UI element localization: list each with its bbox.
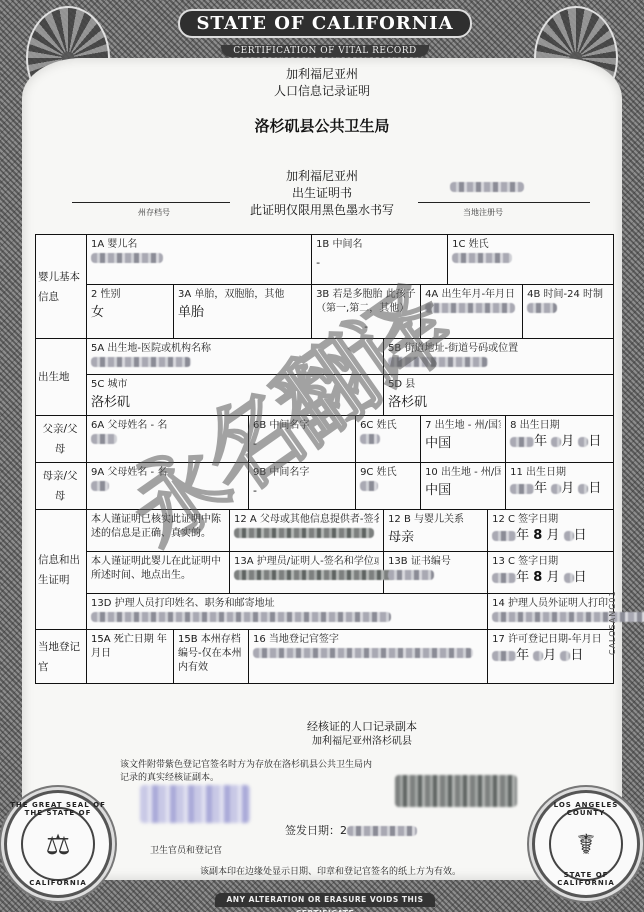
field-16: 16 当地登记官签字 [249, 630, 488, 684]
redacted-value [91, 481, 109, 491]
field-15a: 15A 死亡日期 年月日 [87, 630, 174, 684]
redacted-value [91, 253, 163, 263]
section-mother: 母亲/父母 [36, 463, 87, 510]
issue-date: 签发日期：2 [285, 822, 417, 838]
registrar-signature-redacted [140, 785, 250, 823]
redacted-value [527, 303, 557, 313]
certificate-state: 加利福尼亚州 [0, 168, 644, 185]
field-9c: 9C 姓氏 [356, 463, 421, 510]
birth-certificate-form: 婴儿基本信息 1A 婴儿名 1B 中间名- 1C 姓氏 2 性别女 3A 单胎，… [35, 234, 614, 684]
alteration-warning: ANY ALTERATION OR ERASURE VOIDS THIS CER… [215, 893, 435, 907]
officer-title: 卫生官员和登记官 [150, 843, 222, 856]
field-15b: 15B 本州存档编号-仅在本州内有效 [174, 630, 249, 684]
certificate-serial: CALOSANG01 [608, 590, 617, 655]
section-place: 出生地 [36, 339, 87, 416]
redacted-value [492, 612, 644, 622]
redacted-value [360, 481, 378, 491]
section-child: 婴儿基本信息 [36, 235, 87, 339]
redacted-value [91, 357, 191, 367]
signature-redacted [253, 648, 473, 658]
field-4b: 4B 时间-24 时制 [523, 285, 614, 339]
los-angeles-county-seal: LOS ANGELES COUNTY ☤ STATE OF CALIFORNIA [532, 790, 640, 898]
state-file-line [72, 202, 230, 203]
authenticity-note-2: 记录的真实经核证副本。 [120, 770, 219, 783]
field-5b: 5B 街道地址-街道号码或位置 [384, 339, 614, 375]
certificate-title: 出生证明书 [0, 185, 644, 202]
signature-redacted [234, 570, 394, 580]
header-record-title: 人口信息记录证明 [0, 83, 644, 100]
redacted-value [388, 357, 488, 367]
redacted-value [360, 434, 380, 444]
field-6a: 6A 父母姓名 - 名 [87, 416, 249, 463]
field-10: 10 出生地 - 州/国家中国 [421, 463, 506, 510]
header-state: 加利福尼亚州 [0, 66, 644, 83]
official-stamp-redacted [395, 775, 517, 807]
header-agency: 洛杉矶县公共卫生局 [0, 118, 644, 135]
section-father: 父亲/父母 [36, 416, 87, 463]
local-reg-number-redacted [450, 182, 524, 192]
field-14: 14 护理人员外证明人打印姓名和职务 [488, 594, 614, 630]
field-13a: 13A 护理员/证明人-签名和学位或职位 [230, 552, 384, 594]
local-reg-line [418, 202, 590, 203]
field-6c: 6C 姓氏 [356, 416, 421, 463]
field-7: 7 出生地 - 州/国家中国 [421, 416, 506, 463]
statement-12: 本人谨证明已核实此证明中陈述的信息是正确、真实的。 [87, 510, 230, 552]
field-2: 2 性别女 [87, 285, 174, 339]
field-12a: 12 A 父母或其他信息提供者-签名 [230, 510, 384, 552]
field-8: 8 出生日期 年 月 日 [506, 416, 614, 463]
copy-place: 加利福尼亚州洛杉矶县 [40, 733, 644, 750]
field-3b: 3B 若是多胞胎 此孩子是第几胎（第一,第二，其他）- [312, 285, 421, 339]
caduceus-icon: ☤ [549, 807, 623, 881]
redacted-value [388, 570, 434, 580]
redacted-value [91, 434, 117, 444]
statement-13: 本人谨证明此婴儿在此证明中所述时间、地点出生。 [87, 552, 230, 594]
banner-subtitle: CERTIFICATION OF VITAL RECORD [221, 45, 429, 57]
field-3a: 3A 单胎，双胞胎，其他单胎 [174, 285, 312, 339]
field-11: 11 出生日期 年 月 日 [506, 463, 614, 510]
authenticity-note-1: 该文件附带紫色登记官签名时方为存放在洛杉矶县公共卫生局内 [120, 757, 372, 770]
section-registrar: 当地登记官 [36, 630, 87, 684]
ink-note: 此证明仅限用黑色墨水书写 [0, 202, 644, 219]
section-certification: 信息和出生证明 [36, 510, 87, 630]
field-13c: 13 C 签字日期 年 8 月 日 [488, 552, 614, 594]
field-5d: 5D 县洛杉矶 [384, 375, 614, 416]
california-state-seal: THE GREAT SEAL OF THE STATE OF ⚖ CALIFOR… [4, 790, 112, 898]
field-12b: 12 B 与婴儿关系母亲 [384, 510, 488, 552]
field-5c: 5C 城市洛杉矶 [87, 375, 384, 416]
signature-redacted [234, 528, 374, 538]
field-13d: 13D 护理人员打印姓名、职务和邮寄地址 [87, 594, 488, 630]
field-1c: 1C 姓氏 [448, 235, 614, 285]
field-9a: 9A 父母姓名 - 名 [87, 463, 249, 510]
state-file-label: 州存档号 [138, 207, 170, 218]
redacted-value [452, 253, 512, 263]
state-banner: STATE OF CALIFORNIA CERTIFICATION OF VIT… [175, 9, 475, 55]
validity-note: 该副本印在边缘处显示日期、印章和登记官签名的纸上方为有效。 [200, 864, 461, 877]
redacted-value [425, 303, 515, 313]
local-reg-label: 当地注册号 [463, 207, 503, 218]
field-17: 17 许可登记日期-年月日 年 月 日 [488, 630, 614, 684]
field-1b: 1B 中间名- [312, 235, 448, 285]
redacted-value [91, 612, 391, 622]
field-5a: 5A 出生地-医院或机构名称 [87, 339, 384, 375]
banner-title: STATE OF CALIFORNIA [178, 9, 471, 38]
state-seal-icon: ⚖ [21, 807, 95, 881]
field-1a: 1A 婴儿名 [87, 235, 312, 285]
field-13b: 13B 证书编号 [384, 552, 488, 594]
issue-date-label: 签发日期： [285, 824, 340, 837]
field-12c: 12 C 签字日期 年 8 月 日 [488, 510, 614, 552]
field-4a: 4A 出生年月-年月日 [421, 285, 523, 339]
field-9b: 9B 中间名字- [249, 463, 356, 510]
field-6b: 6B 中间名字- [249, 416, 356, 463]
